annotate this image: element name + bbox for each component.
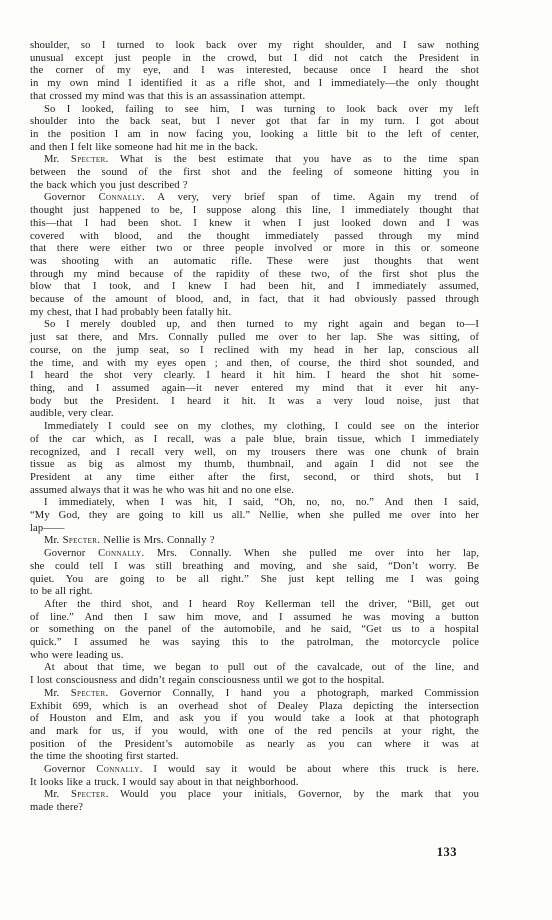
speech-paragraph: Mr. Specter. What is the best estimate t… (30, 154, 479, 192)
text-line: who were leading us. (30, 650, 479, 663)
text-line: Mr. Specter. What is the best estimate t… (30, 154, 479, 167)
text-line: between the sound of the first shot and … (30, 167, 479, 180)
text-line: It looks like a truck. I would say about… (30, 777, 479, 790)
text-line: thought just happened to be, I suppose a… (30, 205, 479, 218)
speech-paragraph: Governor Connally. I would say it would … (30, 764, 479, 789)
text-line: body but the President. I heard it hit. … (30, 396, 479, 409)
text-line: the time, and with my eyes open ; and th… (30, 358, 479, 371)
text-line: Exhibit 699, which is an overhead shot o… (30, 701, 479, 714)
text-line: So I looked, failing to see him, I was t… (30, 104, 479, 117)
speech-paragraph: Governor Connally. A very, very brief sp… (30, 192, 479, 319)
speaker-name: Connally (98, 548, 141, 559)
text-line: through my mind because of the rapidity … (30, 269, 479, 282)
text-line: the corner of my eye, and I was interest… (30, 65, 479, 78)
text-line: Governor Connally. Mrs. Connally. When s… (30, 548, 479, 561)
speech-paragraph: Governor Connally. Mrs. Connally. When s… (30, 548, 479, 599)
paragraph: At about that time, we began to pull out… (30, 662, 479, 687)
speech-paragraph: Mr. Specter. Nellie is Mrs. Connally ? (30, 535, 479, 548)
speech-paragraph: Mr. Specter. Would you place your initia… (30, 789, 479, 814)
text-line: of line.” And then I saw him move, and I… (30, 612, 479, 625)
text-line: I heard the shot very clearly. I heard i… (30, 370, 479, 383)
text-line: Mr. Specter. Nellie is Mrs. Connally ? (30, 535, 479, 548)
text-line: shoulder, so I turned to look back over … (30, 40, 479, 53)
text-line: because of the amount of blood, and, in … (30, 294, 479, 307)
testimony-text: shoulder, so I turned to look back over … (30, 40, 479, 815)
text-line: thing, and I assumed again—it never ente… (30, 383, 479, 396)
speaker-name: Specter (71, 789, 106, 800)
paragraph: So I looked, failing to see him, I was t… (30, 104, 479, 155)
text-line: my chest, that I had probably been fatal… (30, 307, 479, 320)
text-line: position of the President’s automobile a… (30, 739, 479, 752)
text-line: the back which you just described ? (30, 180, 479, 193)
paragraph: shoulder, so I turned to look back over … (30, 40, 479, 104)
paragraph: So I merely doubled up, and then turned … (30, 319, 479, 421)
text-line: of Houston and Elm, and ask you if you w… (30, 713, 479, 726)
text-line: in my own mind I identified it as a rifl… (30, 78, 479, 91)
text-line: tissue as big as almost my thumb, thumbn… (30, 459, 479, 472)
text-line: covered with blood, and the thought imme… (30, 231, 479, 244)
text-line: she could tell I was still breathing and… (30, 561, 479, 574)
text-line: made there? (30, 802, 479, 815)
text-line: shoulder into the back seat, but I never… (30, 116, 479, 129)
text-line: was shooting with an automatic rifle. Th… (30, 256, 479, 269)
text-line: After the third shot, and I heard Roy Ke… (30, 599, 479, 612)
text-line: Mr. Specter. Would you place your initia… (30, 789, 479, 802)
speaker-name: Connally (96, 764, 139, 775)
text-line: blow that I took, and I knew I had been … (30, 281, 479, 294)
text-line: just sat there, and Mrs. Connally pulled… (30, 332, 479, 345)
text-line: of the car which, as I recall, was a pal… (30, 434, 479, 447)
text-line: President at any time either after the f… (30, 472, 479, 485)
text-line: recognized, and I recall very well, on m… (30, 447, 479, 460)
text-line: Governor Connally. A very, very brief sp… (30, 192, 479, 205)
text-line: that there were either two or three peop… (30, 243, 479, 256)
text-line: and mark for us, if you would, with one … (30, 726, 479, 739)
text-line: or something on the panel of the automob… (30, 624, 479, 637)
text-line: Mr. Specter. Governor Connally, I hand y… (30, 688, 479, 701)
speaker-name: Specter (71, 688, 106, 699)
text-line: assumed always that it was he who was hi… (30, 485, 479, 498)
text-line: At about that time, we began to pull out… (30, 662, 479, 675)
text-line: Immediately I could see on my clothes, m… (30, 421, 479, 434)
text-line: to be all right. (30, 586, 479, 599)
speaker-name: Specter (63, 535, 98, 546)
document-page: shoulder, so I turned to look back over … (0, 0, 552, 920)
text-line: unusual except just people in the crowd,… (30, 53, 479, 66)
text-line: “My God, they are going to kill us all.”… (30, 510, 479, 523)
speech-paragraph: Mr. Specter. Governor Connally, I hand y… (30, 688, 479, 764)
text-line: and then I felt like someone had hit me … (30, 142, 479, 155)
paragraph: I immediately, when I was hit, I said, “… (30, 497, 479, 535)
text-line: So I merely doubled up, and then turned … (30, 319, 479, 332)
text-line: Governor Connally. I would say it would … (30, 764, 479, 777)
page-number: 133 (30, 845, 457, 860)
text-line: in the position I am in now facing you, … (30, 129, 479, 142)
paragraph: After the third shot, and I heard Roy Ke… (30, 599, 479, 663)
speaker-name: Specter (71, 154, 106, 165)
text-line: this—that I had been shot. I knew it whe… (30, 218, 479, 231)
text-line: I lost consciousness and didn’t regain c… (30, 675, 479, 688)
text-line: audible, very clear. (30, 408, 479, 421)
text-line: lap—— (30, 523, 479, 536)
paragraph: Immediately I could see on my clothes, m… (30, 421, 479, 497)
text-line: the time the shooting first started. (30, 751, 479, 764)
speaker-name: Connally (99, 192, 142, 203)
text-line: I immediately, when I was hit, I said, “… (30, 497, 479, 510)
text-line: that crossed my mind was that this is an… (30, 91, 479, 104)
text-line: quick.” I assumed he was saying this to … (30, 637, 479, 650)
text-line: course, on the jump seat, so I reclined … (30, 345, 479, 358)
text-line: quiet. You are going to be all right.” S… (30, 574, 479, 587)
